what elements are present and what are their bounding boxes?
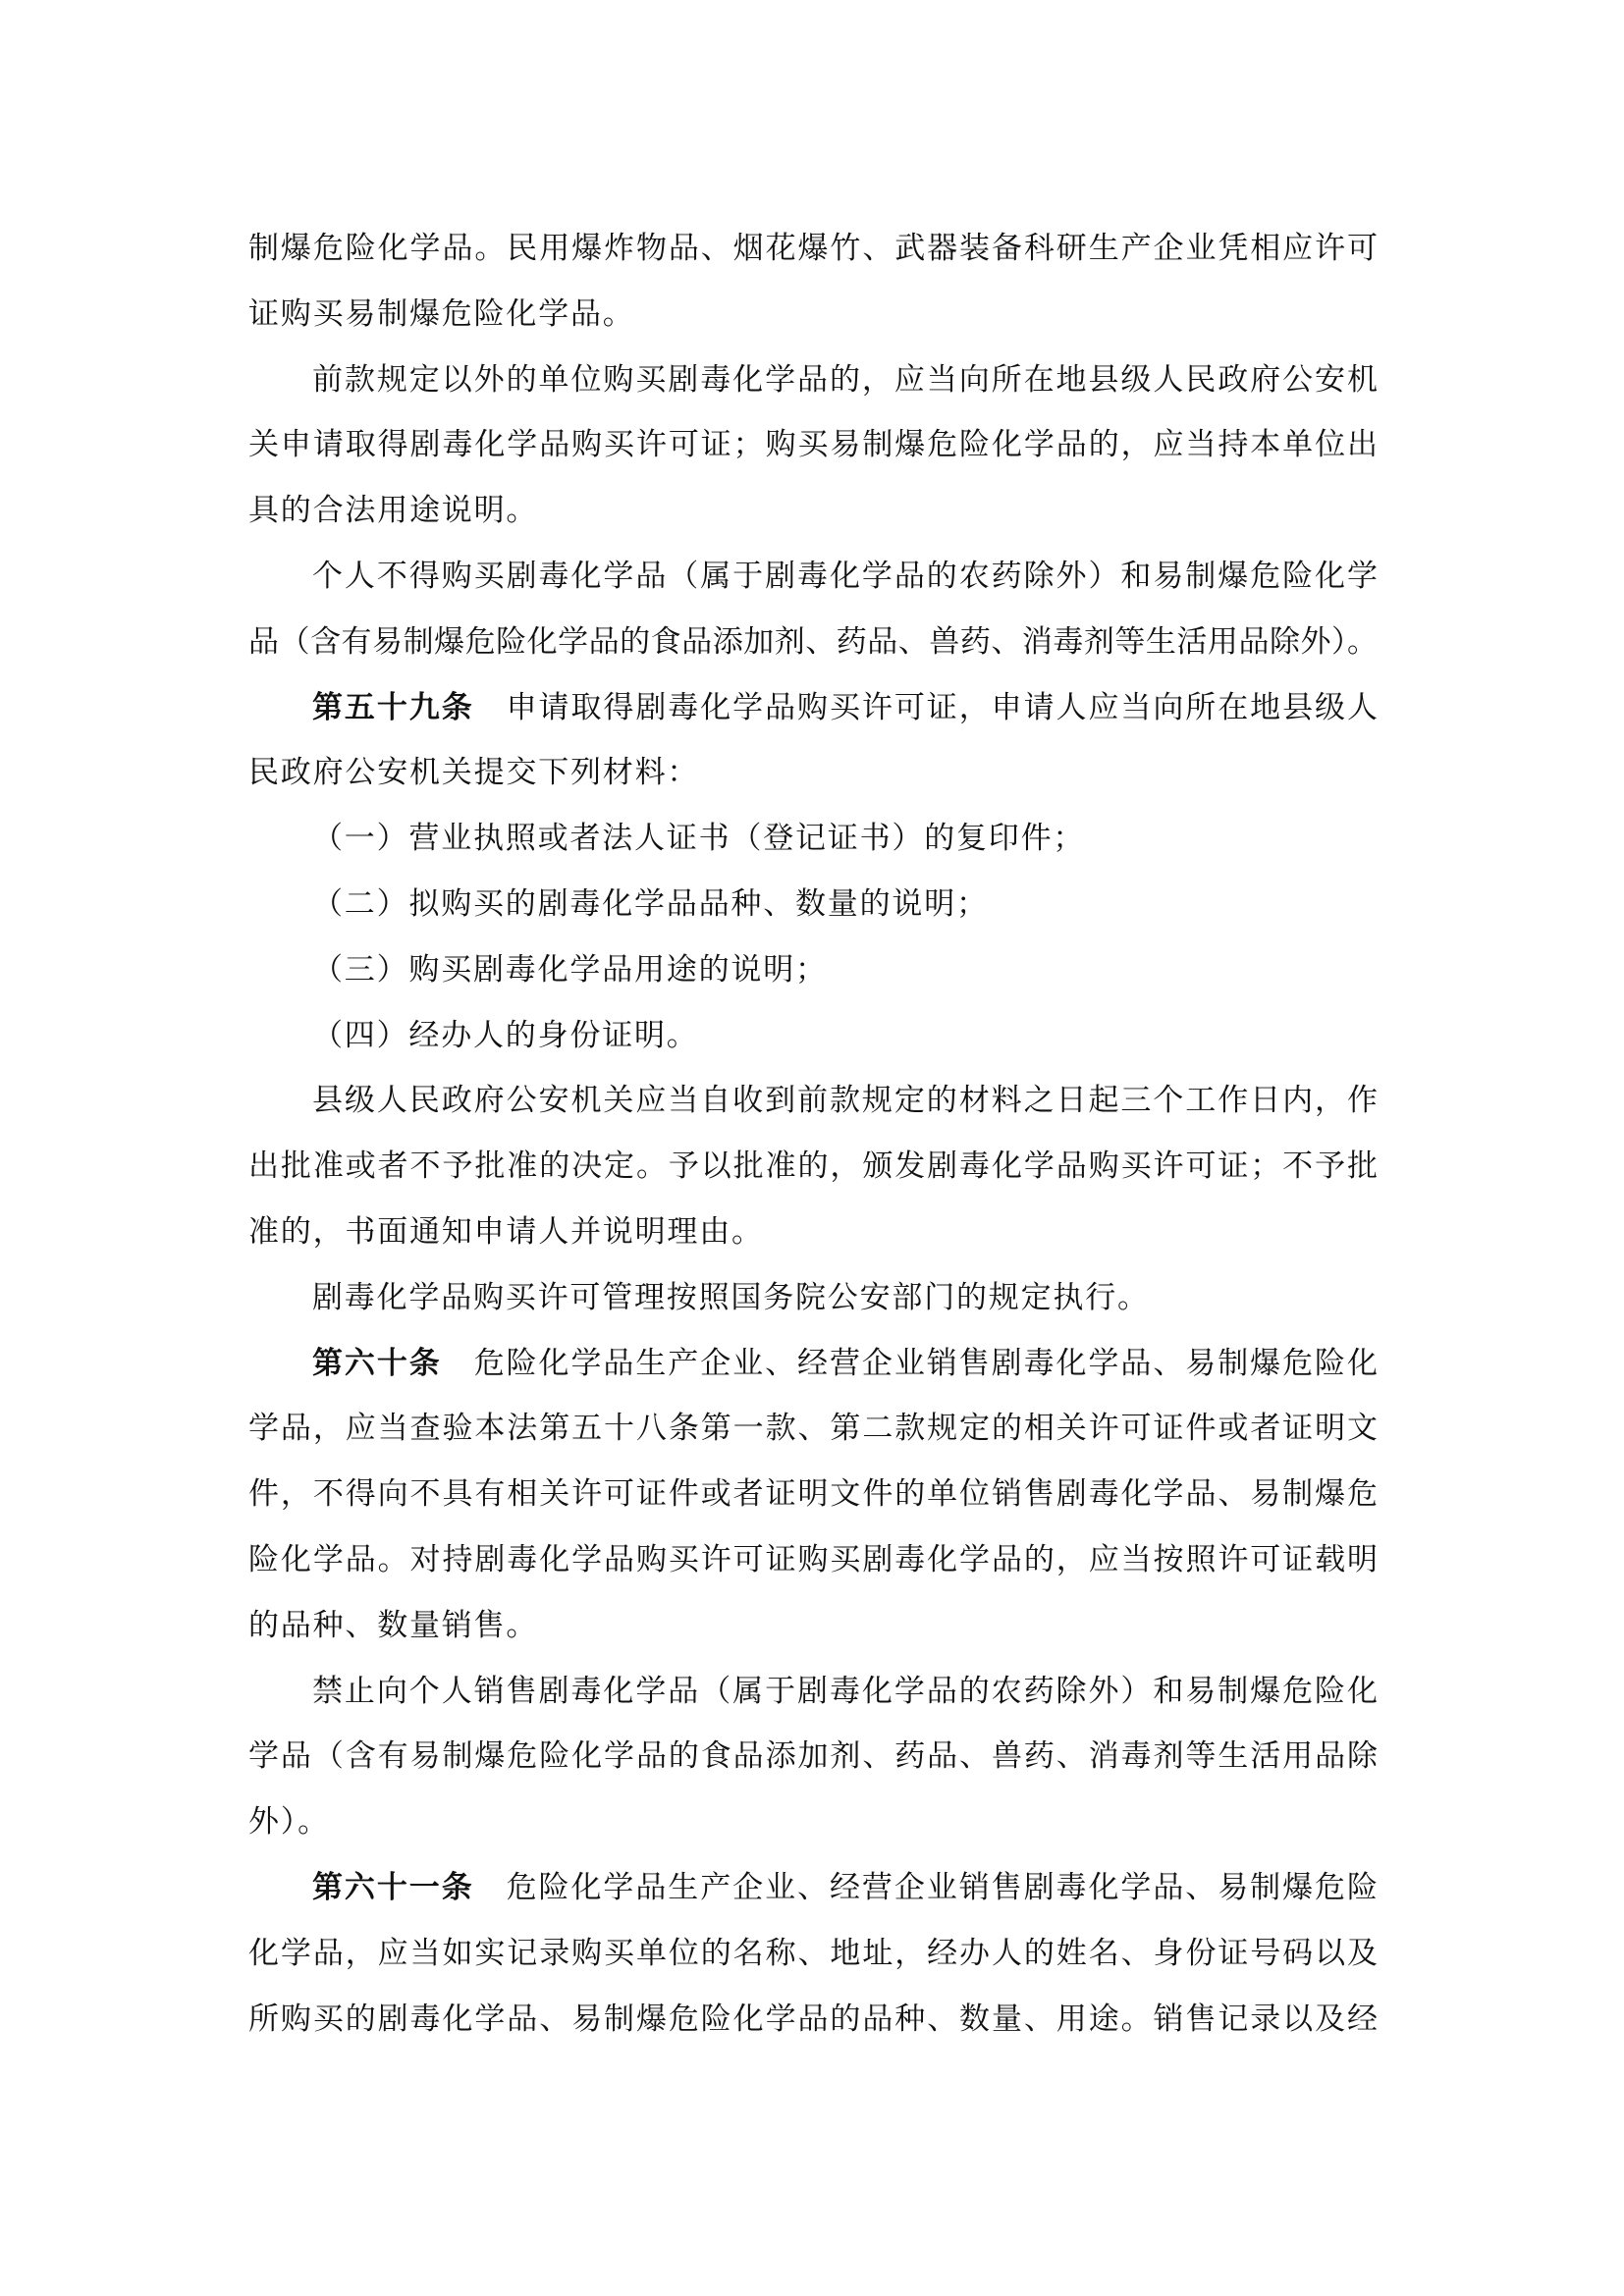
line-text: 出批准或者不予批准的决定。予以批准的，颁发剧毒化学品购买许可证；不予批 [248, 1148, 1378, 1184]
article-heading-line: 第六十条 危险化学品生产企业、经营企业销售剧毒化学品、易制爆危险化 [312, 1344, 1378, 1410]
line-text: （一）营业执照或者法人证书（登记证书）的复印件； [312, 821, 1085, 856]
text-line: 品（含有易制爆危险化学品的食品添加剂、药品、兽药、消毒剂等生活用品除外）。 [248, 622, 1378, 688]
text-line: 学品（含有易制爆危险化学品的食品添加剂、药品、兽药、消毒剂等生活用品除 [248, 1736, 1378, 1802]
text-line: 件，不得向不具有相关许可证件或者证明文件的单位销售剧毒化学品、易制爆危 [248, 1474, 1378, 1540]
text-line: 所购买的剧毒化学品、易制爆危险化学品的品种、数量、用途。销售记录以及经 [248, 2000, 1378, 2065]
line-text: 化学品，应当如实记录购买单位的名称、地址，经办人的姓名、身份证号码以及 [248, 1936, 1378, 1971]
line-text: 证购买易制爆危险化学品。 [248, 296, 635, 332]
line-text: 民政府公安机关提交下列材料： [248, 755, 699, 790]
article-number: 第五十九条 [312, 690, 474, 725]
line-text: 制爆危险化学品。民用爆炸物品、烟花爆竹、武器装备科研生产企业凭相应许可 [248, 231, 1378, 266]
text-line: 禁止向个人销售剧毒化学品（属于剧毒化学品的农药除外）和易制爆危险化 [312, 1672, 1378, 1737]
text-line: 民政府公安机关提交下列材料： [248, 753, 1378, 819]
line-text: 剧毒化学品购买许可管理按照国务院公安部门的规定执行。 [312, 1280, 1150, 1315]
heading-gap [474, 1870, 507, 1905]
text-line: 证购买易制爆危险化学品。 [248, 294, 1378, 360]
article-number: 第六十条 [312, 1346, 442, 1381]
line-text: 危险化学品生产企业、经营企业销售剧毒化学品、易制爆危险化 [474, 1346, 1378, 1381]
text-line: 剧毒化学品购买许可管理按照国务院公安部门的规定执行。 [312, 1278, 1378, 1344]
text-line: 化学品，应当如实记录购买单位的名称、地址，经办人的姓名、身份证号码以及 [248, 1934, 1378, 2000]
line-text: 学品，应当查验本法第五十八条第一款、第二款规定的相关许可证件或者证明文 [248, 1411, 1378, 1446]
text-line: 准的，书面通知申请人并说明理由。 [248, 1212, 1378, 1278]
line-text: 件，不得向不具有相关许可证件或者证明文件的单位销售剧毒化学品、易制爆危 [248, 1476, 1378, 1512]
text-line: 具的合法用途说明。 [248, 491, 1378, 557]
text-line: 的品种、数量销售。 [248, 1606, 1378, 1672]
line-text: 准的，书面通知申请人并说明理由。 [248, 1214, 764, 1250]
text-line: 外）。 [248, 1802, 1378, 1868]
line-text: 具的合法用途说明。 [248, 493, 538, 528]
line-text: 禁止向个人销售剧毒化学品（属于剧毒化学品的农药除外）和易制爆危险化 [312, 1674, 1378, 1709]
list-item: （二）拟购买的剧毒化学品品种、数量的说明； [312, 884, 989, 950]
line-text: （二）拟购买的剧毒化学品品种、数量的说明； [312, 886, 989, 922]
line-text: 申请取得剧毒化学品购买许可证，申请人应当向所在地县级人 [507, 690, 1378, 725]
text-line: 学品，应当查验本法第五十八条第一款、第二款规定的相关许可证件或者证明文 [248, 1409, 1378, 1474]
article-number: 第六十一条 [312, 1870, 474, 1905]
line-text: 学品（含有易制爆危险化学品的食品添加剂、药品、兽药、消毒剂等生活用品除 [248, 1738, 1378, 1774]
line-text: 险化学品。对持剧毒化学品购买许可证购买剧毒化学品的，应当按照许可证载明 [248, 1542, 1378, 1577]
line-text: 关申请取得剧毒化学品购买许可证；购买易制爆危险化学品的，应当持本单位出 [248, 427, 1378, 462]
text-line: 关申请取得剧毒化学品购买许可证；购买易制爆危险化学品的，应当持本单位出 [248, 425, 1378, 491]
text-line: 险化学品。对持剧毒化学品购买许可证购买剧毒化学品的，应当按照许可证载明 [248, 1540, 1378, 1606]
text-line: 个人不得购买剧毒化学品（属于剧毒化学品的农药除外）和易制爆危险化学 [312, 557, 1378, 622]
line-text: （三）购买剧毒化学品用途的说明； [312, 952, 828, 988]
list-item: （一）营业执照或者法人证书（登记证书）的复印件； [312, 819, 1085, 884]
text-line: 制爆危险化学品。民用爆炸物品、烟花爆竹、武器装备科研生产企业凭相应许可 [248, 229, 1378, 294]
line-text: （四）经办人的身份证明。 [312, 1018, 699, 1053]
line-text: 前款规定以外的单位购买剧毒化学品的，应当向所在地县级人民政府公安机 [312, 362, 1378, 398]
text-line: 出批准或者不予批准的决定。予以批准的，颁发剧毒化学品购买许可证；不予批 [248, 1147, 1378, 1212]
heading-gap [442, 1346, 474, 1381]
line-text: 个人不得购买剧毒化学品（属于剧毒化学品的农药除外）和易制爆危险化学 [312, 559, 1378, 594]
text-line: 县级人民政府公安机关应当自收到前款规定的材料之日起三个工作日内，作 [312, 1081, 1378, 1147]
heading-gap [474, 690, 507, 725]
line-text: 的品种、数量销售。 [248, 1608, 538, 1643]
list-item: （三）购买剧毒化学品用途的说明； [312, 950, 828, 1016]
document-page: 制爆危险化学品。民用爆炸物品、烟花爆竹、武器装备科研生产企业凭相应许可证购买易制… [0, 0, 1624, 2296]
text-line: 前款规定以外的单位购买剧毒化学品的，应当向所在地县级人民政府公安机 [312, 360, 1378, 426]
line-text: 危险化学品生产企业、经营企业销售剧毒化学品、易制爆危险 [507, 1870, 1378, 1905]
line-text: 外）。 [248, 1804, 330, 1840]
article-heading-line: 第六十一条 危险化学品生产企业、经营企业销售剧毒化学品、易制爆危险 [312, 1868, 1378, 1934]
list-item: （四）经办人的身份证明。 [312, 1016, 699, 1082]
line-text: 品（含有易制爆危险化学品的食品添加剂、药品、兽药、消毒剂等生活用品除外）。 [248, 624, 1378, 660]
article-heading-line: 第五十九条 申请取得剧毒化学品购买许可证，申请人应当向所在地县级人 [312, 688, 1378, 754]
line-text: 县级人民政府公安机关应当自收到前款规定的材料之日起三个工作日内，作 [312, 1083, 1378, 1118]
line-text: 所购买的剧毒化学品、易制爆危险化学品的品种、数量、用途。销售记录以及经 [248, 2002, 1378, 2037]
